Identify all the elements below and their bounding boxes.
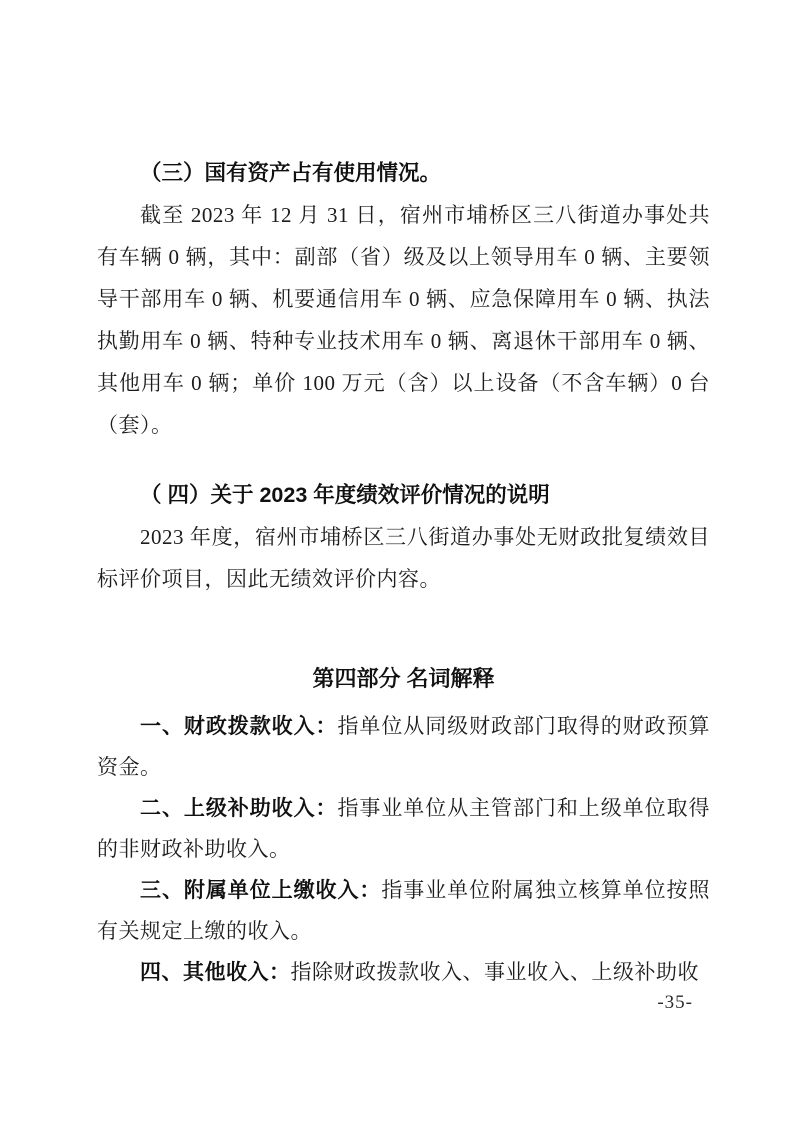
glossary-term-other-income: 四、其他收入：指除财政拨款收入、事业收入、上级补助收 [97,952,710,993]
glossary-term-superior-subsidy: 二、上级补助收入：指事业单位从主管部门和上级单位取得的非财政补助收入。 [97,788,710,870]
glossary-term-lead: 四、其他收入： [140,961,291,984]
page-content: （三）国有资产占有使用情况。 截至 2023 年 12 月 31 日，宿州市埔桥… [97,152,710,993]
section-heading-state-assets: （三）国有资产占有使用情况。 [97,152,710,194]
glossary-term-definition: 指除财政拨款收入、事业收入、上级补助收 [291,960,700,984]
glossary-term-lead: 二、上级补助收入： [140,797,337,820]
section-heading-performance-evaluation: （ 四）关于 2023 年度绩效评价情况的说明 [97,474,710,516]
document-page: （三）国有资产占有使用情况。 截至 2023 年 12 月 31 日，宿州市埔桥… [0,0,793,1122]
page-number: -35- [657,992,693,1014]
paragraph-state-assets: 截至 2023 年 12 月 31 日，宿州市埔桥区三八街道办事处共有车辆 0 … [97,194,710,446]
glossary-term-lead: 三、附属单位上缴收入： [140,879,381,902]
glossary-term-fiscal-appropriation: 一、财政拨款收入：指单位从同级财政部门取得的财政预算资金。 [97,706,710,788]
paragraph-performance-evaluation: 2023 年度，宿州市埔桥区三八街道办事处无财政批复绩效目标评价项目，因此无绩效… [97,516,710,600]
part-four-title: 第四部分 名词解释 [97,658,710,700]
glossary-term-affiliated-unit-remittance: 三、附属单位上缴收入：指事业单位附属独立核算单位按照有关规定上缴的收入。 [97,870,710,952]
glossary-term-lead: 一、财政拨款收入： [140,715,337,738]
